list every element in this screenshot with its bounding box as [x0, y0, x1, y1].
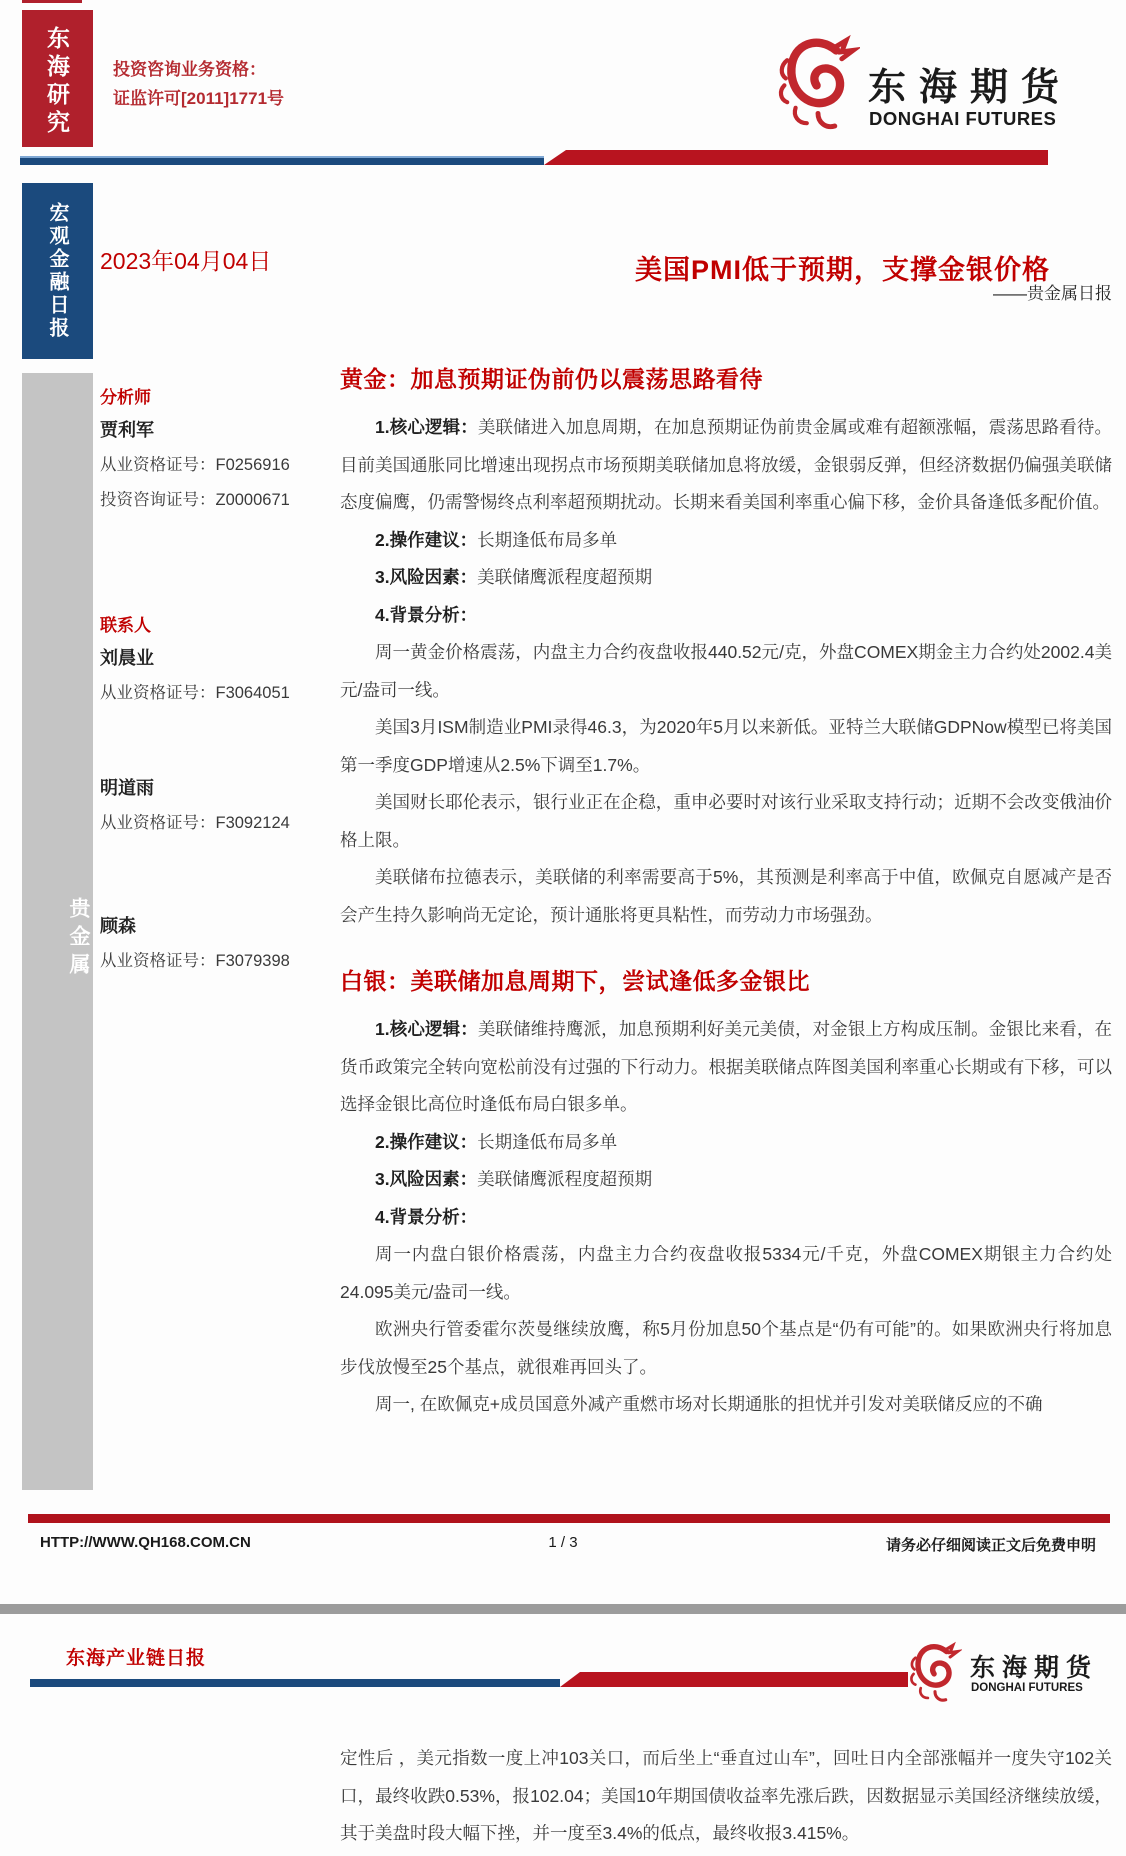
contact-name: 刘晨业 — [100, 644, 154, 670]
gold-background-paragraph: 美国3月ISM制造业PMI录得46.3，为2020年5月以来新低。亚特兰大联储G… — [340, 709, 1112, 784]
page2-header-title: 东海产业链日报 — [66, 1643, 206, 1670]
main-content: ——贵金属日报 黄金：加息预期证伪前仍以震荡思路看待 1.核心逻辑：美联储进入加… — [340, 282, 1112, 1424]
background-label: 4.背景分析： — [375, 1207, 477, 1227]
report-subtitle: ——贵金属日报 — [340, 282, 1112, 306]
silver-background-paragraph: 周一内盘白银价格震荡，内盘主力合约夜盘收报5334元/千克，外盘COMEX期银主… — [340, 1236, 1112, 1311]
advice-label: 2.操作建议： — [375, 1132, 477, 1152]
dragon-logo-icon — [908, 1640, 962, 1711]
footer-disclaimer: 请务必仔细阅读正文后免费申明 — [886, 1534, 1096, 1555]
logo-en-text: DONGHAI FUTURES — [971, 1682, 1083, 1694]
contact-cert: 从业资格证号：F3092124 — [100, 809, 290, 833]
analyst-cert-1: 从业资格证号：F0256916 — [100, 451, 290, 475]
gold-background-label: 4.背景分析： — [340, 597, 1112, 635]
analyst-name: 贾利军 — [100, 416, 154, 442]
risk-label: 3.风险因素： — [375, 567, 477, 587]
logo-cn-text: 东海期货 — [868, 56, 1072, 111]
silver-risk-line: 3.风险因素：美联储鹰派程度超预期 — [340, 1161, 1112, 1199]
risk-text: 美联储鹰派程度超预期 — [477, 567, 652, 587]
company-logo: 东海期货 DONGHAI FUTURES — [770, 26, 1110, 138]
page-separator — [0, 1604, 1126, 1614]
silver-section-heading: 白银：美联储加息周期下，尝试逢低多金银比 — [340, 966, 1112, 996]
report-date: 2023年04月04日 — [100, 243, 271, 276]
advice-label: 2.操作建议： — [375, 530, 477, 550]
contact-cert: 从业资格证号：F3079398 — [100, 947, 290, 971]
gold-risk-line: 3.风险因素：美联储鹰派程度超预期 — [340, 559, 1112, 597]
contact-cert: 从业资格证号：F3064051 — [100, 679, 290, 703]
qualification-line2: 证监许可[2011]1771号 — [113, 84, 284, 113]
qualification-text: 投资咨询业务资格： 证监许可[2011]1771号 — [113, 55, 284, 113]
silver-background-paragraph: 周一, 在欧佩克+成员国意外减产重燃市场对长期通胀的担忧并引发对美联储反应的不确 — [340, 1386, 1112, 1424]
advice-text: 长期逢低布局多单 — [477, 530, 617, 550]
gold-advice-line: 2.操作建议：长期逢低布局多单 — [340, 522, 1112, 560]
background-label: 4.背景分析： — [375, 605, 477, 625]
sidebar-precious-metal-tab: 贵金属 — [22, 373, 93, 1490]
gold-section-heading: 黄金：加息预期证伪前仍以震荡思路看待 — [340, 364, 1112, 394]
silver-core-logic-paragraph: 1.核心逻辑：美联储维持鹰派，加息预期利好美元美债，对金银上方构成压制。金银比来… — [340, 1011, 1112, 1124]
gold-background-paragraph: 美国财长耶伦表示，银行业正在企稳，重申必要时对该行业采取支持行动；近期不会改变俄… — [340, 784, 1112, 859]
report-page: 东海研究 投资咨询业务资格： 证监许可[2011]1771号 东海期货 DONG… — [0, 0, 1126, 1856]
header-divider-red — [544, 150, 1048, 165]
footer-divider-bar — [28, 1514, 1110, 1523]
gold-background-paragraph: 美联储布拉德表示，美联储的利率需要高于5%，其预测是利率高于中值，欧佩克自愿减产… — [340, 859, 1112, 934]
silver-background-label: 4.背景分析： — [340, 1199, 1112, 1237]
risk-label: 3.风险因素： — [375, 1169, 477, 1189]
logo-cn-text: 东海期货 — [970, 1648, 1098, 1684]
gold-background-paragraph: 周一黄金价格震荡，内盘主力合约夜盘收报440.52元/克，外盘COMEX期金主力… — [340, 634, 1112, 709]
qualification-line1: 投资咨询业务资格： — [113, 55, 284, 84]
research-tab: 东海研究 — [22, 10, 93, 147]
page2-divider-red — [560, 1672, 908, 1687]
silver-advice-line: 2.操作建议：长期逢低布局多单 — [340, 1124, 1112, 1162]
dragon-logo-icon — [776, 32, 860, 141]
sidebar-macro-finance-tab: 宏观金融日报 — [22, 183, 93, 359]
page2-paragraph: 定性后 ，美元指数一度上冲103关口，而后坐上“垂直过山车”，回吐日内全部涨幅并… — [340, 1740, 1112, 1853]
contact-name: 明道雨 — [100, 774, 154, 800]
core-logic-label: 1.核心逻辑： — [375, 417, 478, 437]
advice-text: 长期逢低布局多单 — [477, 1132, 617, 1152]
silver-background-paragraph: 欧洲央行管委霍尔茨曼继续放鹰，称5月份加息50个基点是“仍有可能”的。如果欧洲央… — [340, 1311, 1112, 1386]
gold-core-logic-paragraph: 1.核心逻辑：美联储进入加息周期，在加息预期证伪前贵金属或难有超额涨幅，震荡思路… — [340, 409, 1112, 522]
risk-text: 美联储鹰派程度超预期 — [477, 1169, 652, 1189]
analyst-section-label: 分析师 — [100, 383, 151, 408]
contact-section-label: 联系人 — [100, 611, 151, 636]
top-red-strip — [22, 0, 82, 3]
contact-name: 顾森 — [100, 912, 136, 938]
core-logic-label: 1.核心逻辑： — [375, 1019, 478, 1039]
analyst-cert-2: 投资咨询证号：Z0000671 — [100, 486, 290, 510]
header-divider-blue — [20, 156, 544, 165]
page2-divider-blue — [30, 1679, 560, 1687]
company-logo: 东海期货 DONGHAI FUTURES — [908, 1640, 1108, 1706]
logo-en-text: DONGHAI FUTURES — [869, 108, 1056, 130]
